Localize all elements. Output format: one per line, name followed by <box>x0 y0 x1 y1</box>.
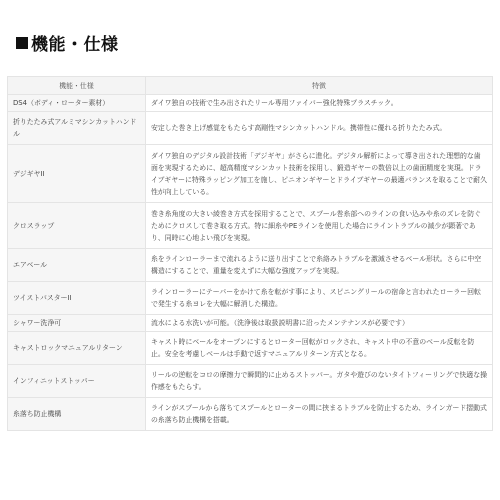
row-desc: 流水による水洗いが可能。（洗浄後は取扱説明書に沿ったメンテナンスが必要です） <box>146 315 493 332</box>
black-square-icon <box>16 37 28 49</box>
table-row: 糸落ち防止機構 ラインがスプールから落ちてスプールとローターの間に挟まるトラブル… <box>8 398 493 431</box>
row-desc: 糸をラインローラーまで流れるように送り出すことで糸絡みトラブルを激減させるベール… <box>146 249 493 282</box>
row-label: ツイストバスターII <box>8 282 146 315</box>
section-title-text: 機能・仕様 <box>31 30 119 55</box>
row-desc: キャスト時にベールをオープンにするとローター回転がロックされ、キャスト中の不意の… <box>146 332 493 365</box>
row-label: DS4（ボディ・ローター素材） <box>8 95 146 112</box>
row-label: インフィニットストッパー <box>8 365 146 398</box>
row-label: 糸落ち防止機構 <box>8 398 146 431</box>
spec-table: 機能・仕様 特徴 DS4（ボディ・ローター素材） ダイワ独自の技術で生み出された… <box>7 76 493 431</box>
table-row: クロスラップ 巻き糸角度の大きい綾巻き方式を採用することで、スプール巻糸部へのラ… <box>8 203 493 249</box>
row-label: シャワー洗浄可 <box>8 315 146 332</box>
row-desc: ダイワ独自のデジタル設計技術「デジギヤ」がさらに進化。デジタル解析によって導き出… <box>146 145 493 203</box>
header-feature: 機能・仕様 <box>8 77 146 95</box>
table-row: DS4（ボディ・ローター素材） ダイワ独自の技術で生み出されたリール専用ファイバ… <box>8 95 493 112</box>
table-row: ツイストバスターII ラインローラーにテーパーをかけて糸を転がす事により、スピニ… <box>8 282 493 315</box>
table-row: シャワー洗浄可 流水による水洗いが可能。（洗浄後は取扱説明書に沿ったメンテナンス… <box>8 315 493 332</box>
row-label: 折りたたみ式アルミマシンカットハンドル <box>8 112 146 145</box>
table-row: 折りたたみ式アルミマシンカットハンドル 安定した巻き上げ感覚をもたらす高剛性マシ… <box>8 112 493 145</box>
row-desc: ラインがスプールから落ちてスプールとローターの間に挟まるトラブルを防止するため、… <box>146 398 493 431</box>
row-desc: 巻き糸角度の大きい綾巻き方式を採用することで、スプール巻糸部へのラインの食い込み… <box>146 203 493 249</box>
row-label: クロスラップ <box>8 203 146 249</box>
row-desc: 安定した巻き上げ感覚をもたらす高剛性マシンカットハンドル。携帯性に優れる折りたた… <box>146 112 493 145</box>
header-characteristics: 特徴 <box>146 77 493 95</box>
section-title: 機能・仕様 <box>16 30 119 55</box>
table-row: キャストロックマニュアルリターン キャスト時にベールをオープンにするとローター回… <box>8 332 493 365</box>
table-row: インフィニットストッパー リールの逆転をコロの摩擦力で瞬間的に止めるストッパー。… <box>8 365 493 398</box>
row-label: キャストロックマニュアルリターン <box>8 332 146 365</box>
row-desc: ラインローラーにテーパーをかけて糸を転がす事により、スピニングリールの宿命と言わ… <box>146 282 493 315</box>
row-desc: リールの逆転をコロの摩擦力で瞬間的に止めるストッパー。ガタや遊びのないタイトフィ… <box>146 365 493 398</box>
table-header-row: 機能・仕様 特徴 <box>8 77 493 95</box>
row-desc: ダイワ独自の技術で生み出されたリール専用ファイバー強化特殊プラスチック。 <box>146 95 493 112</box>
row-label: エアベール <box>8 249 146 282</box>
row-label: デジギヤII <box>8 145 146 203</box>
table-row: エアベール 糸をラインローラーまで流れるように送り出すことで糸絡みトラブルを激減… <box>8 249 493 282</box>
table-row: デジギヤII ダイワ独自のデジタル設計技術「デジギヤ」がさらに進化。デジタル解析… <box>8 145 493 203</box>
